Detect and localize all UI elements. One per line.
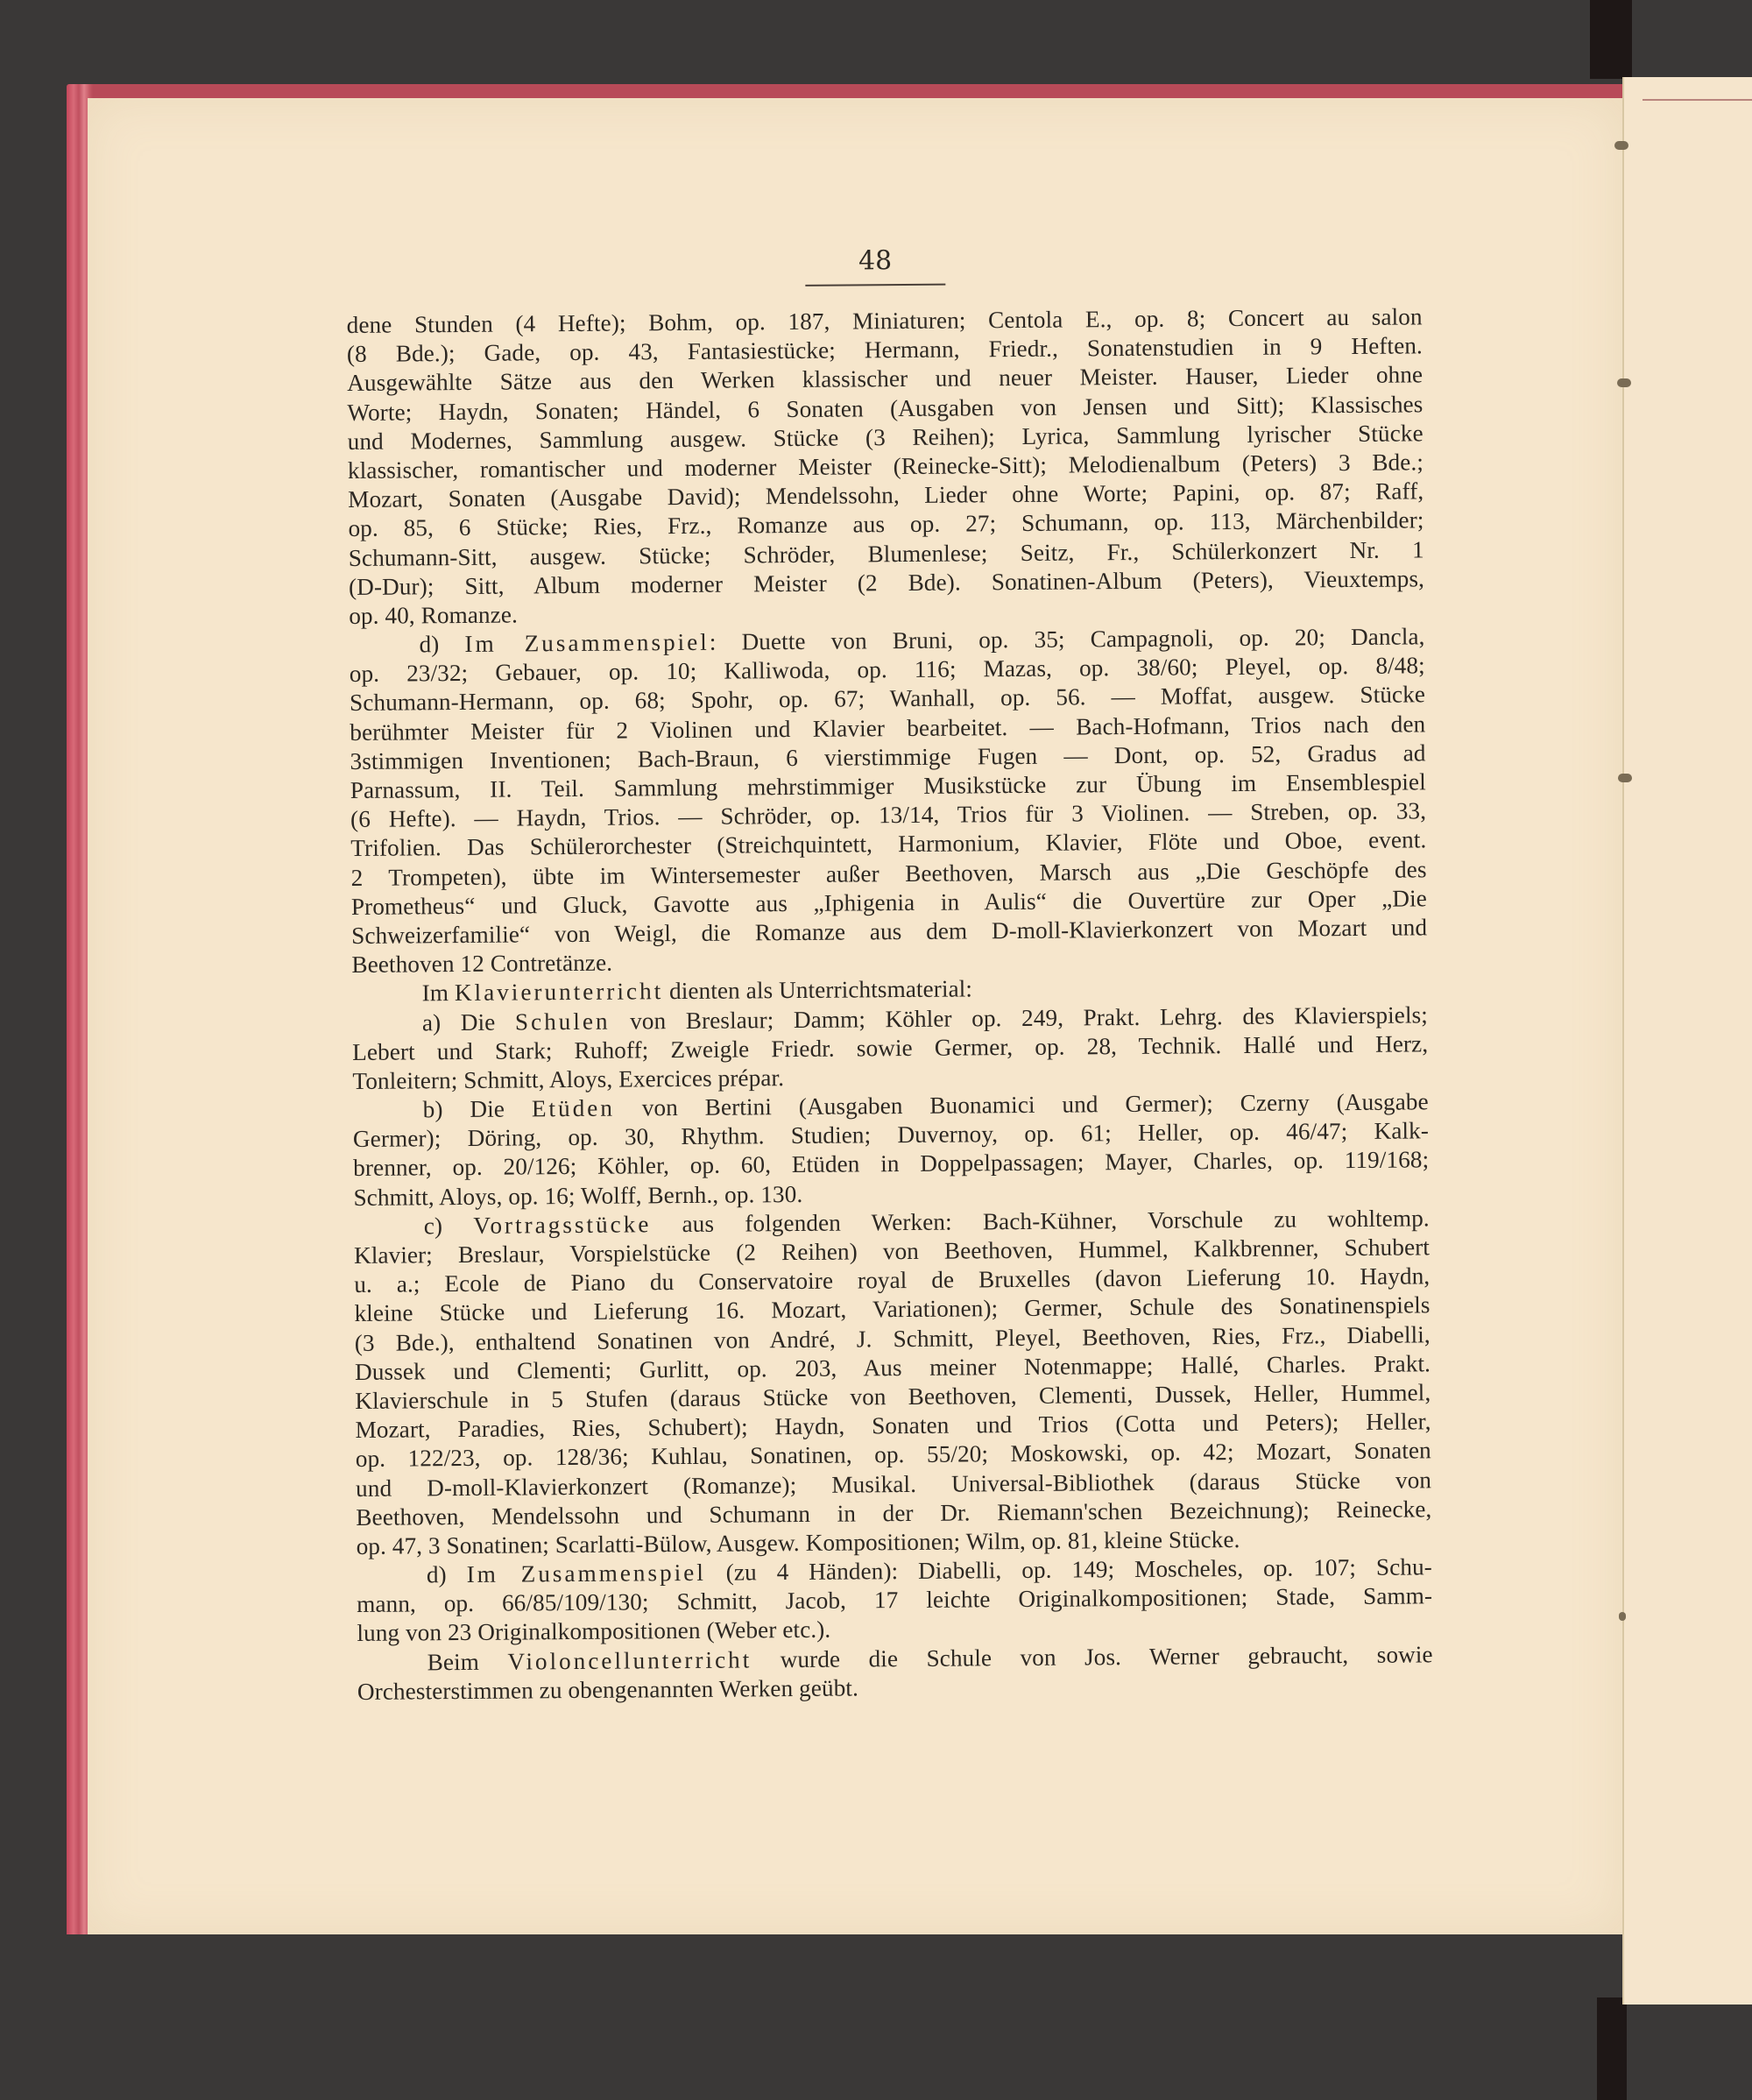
binding-stitch-icon xyxy=(1618,774,1632,782)
section-a-schulen: a) Die Schulen von Breslaur; Damm; Köhle… xyxy=(352,1001,1429,1096)
binding-stitch-icon xyxy=(1614,141,1628,150)
book-binding-top xyxy=(1590,0,1632,79)
spaced-heading: Vortragsstücke xyxy=(473,1211,651,1239)
spaced-heading: Schulen xyxy=(515,1008,611,1035)
book-binding-bottom xyxy=(1597,1997,1627,2100)
paragraph-violin-ensemble: d) Im Zusammenspiel: Duette von Bruni, o… xyxy=(349,622,1427,979)
spaced-heading: Etüden xyxy=(532,1095,615,1122)
spaced-heading: Klavierunterricht xyxy=(455,978,663,1006)
spaced-heading: Violoncellunterricht xyxy=(507,1646,752,1674)
item-label: d) xyxy=(419,631,464,657)
page-content: 48 dene Stunden (4 Hefte); Bohm, op. 187… xyxy=(346,241,1433,1707)
spaced-heading: Im Zusammenspiel xyxy=(467,1559,706,1587)
page-number-rule xyxy=(805,284,945,286)
binding-stitch-icon xyxy=(1617,378,1631,387)
section-c-vortragsstuecke: c) Vortragsstücke aus folgenden Werken: … xyxy=(354,1204,1432,1561)
section-d-zusammenspiel: d) Im Zusammenspiel (zu 4 Händen): Diabe… xyxy=(357,1552,1433,1648)
binding-stitch-icon xyxy=(1619,1612,1626,1621)
paragraph-cello: Beim Violoncellunterricht wurde die Schu… xyxy=(357,1640,1433,1707)
facing-page xyxy=(1622,77,1752,2005)
paragraph-violin-solo-pieces: dene Stunden (4 Hefte); Bohm, op. 187, M… xyxy=(347,302,1425,631)
facing-page-rule xyxy=(1642,99,1752,101)
section-b-etueden: b) Die Etüden von Bertini (Ausgaben Buon… xyxy=(353,1087,1430,1212)
spaced-heading: Im Zusammenspiel xyxy=(464,629,710,657)
